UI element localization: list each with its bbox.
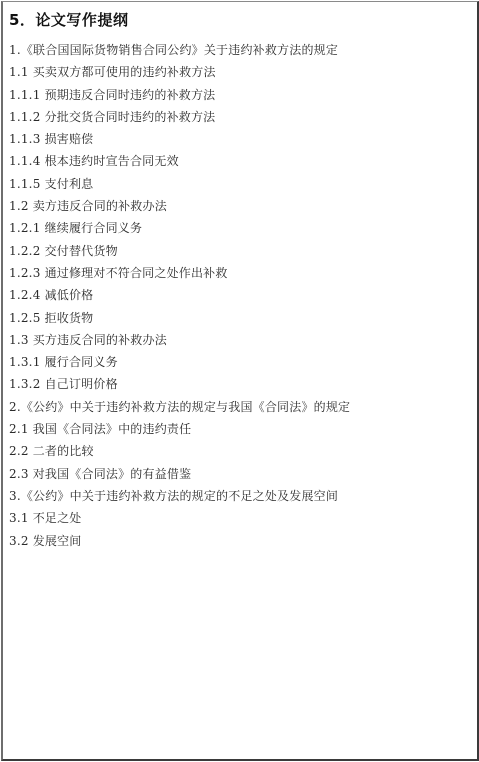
item-text: 发展空间: [33, 534, 82, 548]
item-text: 不足之处: [33, 511, 82, 525]
outline-item: 2.《公约》中关于违约补救方法的规定与我国《合同法》的规定: [9, 396, 350, 418]
item-text: 继续履行合同义务: [45, 221, 143, 235]
item-text: 自己订明价格: [45, 377, 118, 391]
item-text: 二者的比较: [33, 444, 94, 458]
item-text: 拒收货物: [45, 311, 94, 325]
outline-item: 1.2.3 通过修理对不符合同之处作出补救: [9, 262, 350, 284]
item-number: 2.: [9, 400, 21, 414]
item-number: 1.: [9, 43, 21, 57]
item-number: 1.1.3: [9, 132, 41, 146]
outline-item: 1.3 买方违反合同的补救办法: [9, 329, 350, 351]
item-text: 根本违约时宣告合同无效: [45, 154, 179, 168]
item-text: 通过修理对不符合同之处作出补救: [45, 266, 228, 280]
item-text: 买方违反合同的补救办法: [33, 333, 167, 347]
item-number: 1.2.2: [9, 244, 41, 258]
outline-item: 1.2.2 交付替代货物: [9, 240, 350, 262]
outline-list: 1.《联合国国际货物销售合同公约》关于违约补救方法的规定 1.1 买卖双方都可使…: [9, 39, 350, 552]
outline-item: 3.1 不足之处: [9, 507, 350, 529]
outline-item: 2.1 我国《合同法》中的违约责任: [9, 418, 350, 440]
item-number: 1.1.5: [9, 177, 41, 191]
outline-item: 2.3 对我国《合同法》的有益借鉴: [9, 463, 350, 485]
outline-item: 1.2.1 继续履行合同义务: [9, 217, 350, 239]
item-number: 1.3: [9, 333, 29, 347]
section-title: 5．论文写作提纲: [9, 9, 128, 30]
item-text: 《公约》中关于违约补救方法的规定的不足之处及发展空间: [21, 489, 338, 503]
item-number: 2.1: [9, 422, 29, 436]
item-number: 3.: [9, 489, 21, 503]
item-text: 卖方违反合同的补救办法: [33, 199, 167, 213]
item-number: 1.2.4: [9, 288, 41, 302]
item-text: 预期违反合同时违约的补救方法: [45, 88, 216, 102]
item-text: 分批交货合同时违约的补救方法: [45, 110, 216, 124]
item-text: 支付利息: [45, 177, 94, 191]
item-text: 对我国《合同法》的有益借鉴: [33, 467, 192, 481]
item-text: 我国《合同法》中的违约责任: [33, 422, 192, 436]
outline-item: 1.1.1 预期违反合同时违约的补救方法: [9, 84, 350, 106]
outline-item: 3.2 发展空间: [9, 530, 350, 552]
outline-item: 3.《公约》中关于违约补救方法的规定的不足之处及发展空间: [9, 485, 350, 507]
outline-item: 2.2 二者的比较: [9, 440, 350, 462]
outline-item: 1.1.3 损害赔偿: [9, 128, 350, 150]
item-text: 减低价格: [45, 288, 94, 302]
item-number: 1.2.1: [9, 221, 41, 235]
outline-item: 1.1.5 支付利息: [9, 173, 350, 195]
item-text: 损害赔偿: [45, 132, 94, 146]
item-number: 1.2.3: [9, 266, 41, 280]
item-number: 3.1: [9, 511, 29, 525]
item-number: 1.1.1: [9, 88, 41, 102]
item-number: 1.2: [9, 199, 29, 213]
item-number: 1.1.4: [9, 154, 41, 168]
outline-item: 1.1.2 分批交货合同时违约的补救方法: [9, 106, 350, 128]
item-text: 交付替代货物: [45, 244, 118, 258]
outline-item: 1.3.1 履行合同义务: [9, 351, 350, 373]
item-number: 1.3.1: [9, 355, 41, 369]
item-number: 3.2: [9, 534, 29, 548]
item-text: 《公约》中关于违约补救方法的规定与我国《合同法》的规定: [21, 400, 350, 414]
outline-item: 1.2.4 减低价格: [9, 284, 350, 306]
item-number: 1.3.2: [9, 377, 41, 391]
item-number: 1.2.5: [9, 311, 41, 325]
item-number: 2.2: [9, 444, 29, 458]
outline-item: 1.1.4 根本违约时宣告合同无效: [9, 150, 350, 172]
item-text: 买卖双方都可使用的违约补救方法: [33, 65, 216, 79]
item-number: 1.1: [9, 65, 29, 79]
outline-item: 1.2.5 拒收货物: [9, 307, 350, 329]
outline-item: 1.1 买卖双方都可使用的违约补救方法: [9, 61, 350, 83]
item-number: 2.3: [9, 467, 29, 481]
outline-item: 1.《联合国国际货物销售合同公约》关于违约补救方法的规定: [9, 39, 350, 61]
item-text: 履行合同义务: [45, 355, 118, 369]
outline-item: 1.2 卖方违反合同的补救办法: [9, 195, 350, 217]
outline-box: 5．论文写作提纲 1.《联合国国际货物销售合同公约》关于违约补救方法的规定 1.…: [1, 1, 479, 761]
item-number: 1.1.2: [9, 110, 41, 124]
item-text: 《联合国国际货物销售合同公约》关于违约补救方法的规定: [21, 43, 338, 57]
outline-item: 1.3.2 自己订明价格: [9, 373, 350, 395]
